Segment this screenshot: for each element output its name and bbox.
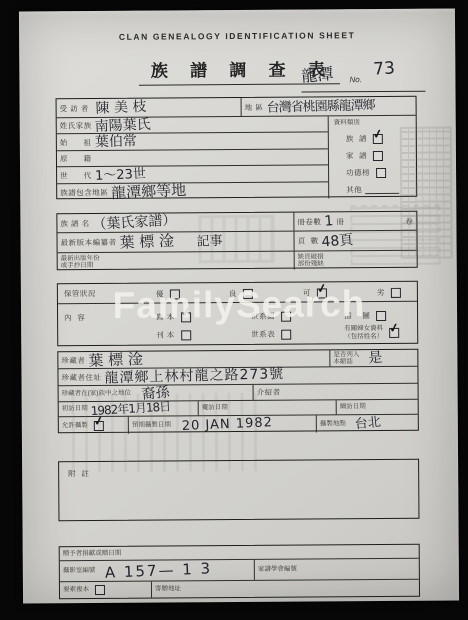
row-original-domicile: 原 籍 bbox=[57, 149, 328, 167]
contents-women-data: 有關婦女資料（包括姓名） ✓ bbox=[341, 325, 399, 340]
condition-good: 良 bbox=[226, 288, 253, 299]
owner-position-label: 珍藏者在(家)族中之地位 bbox=[59, 389, 134, 397]
owner-name-cell: 珍藏者 葉 標 淦 bbox=[58, 350, 330, 368]
row-filming: 允許攝製 ✓ 預期攝製日期 20 JAN 1982 攝製地點 台北 bbox=[59, 415, 418, 435]
pubdate-label: 最新出版年份或手抄日期 bbox=[58, 254, 103, 269]
checkbox-lineage-table bbox=[281, 329, 291, 339]
studio-number-label: 攝影室編號 bbox=[60, 567, 99, 575]
film-location-value: 台北 bbox=[354, 416, 381, 432]
category-column: 資料類別 族 譜 ✓ 家 譜 功德榜 其他 bbox=[329, 116, 417, 199]
damage-cell: 缺頁破損部份殘缺 bbox=[295, 251, 417, 270]
checkbox-family-register bbox=[373, 150, 383, 160]
row-condition: 保管狀況 優 良 可 ✓ 劣 bbox=[58, 282, 417, 305]
film-permission-cell: 允許攝製 ✓ bbox=[59, 417, 129, 434]
checkbox-manuscript: ✓ bbox=[181, 312, 191, 322]
compiler-label: 最新版本編纂者 bbox=[58, 237, 120, 248]
checkbox-good bbox=[243, 288, 253, 298]
film-location-label: 攝製地點 bbox=[317, 420, 349, 428]
unit-book-label: 冊 bbox=[333, 216, 347, 227]
category-header: 資料類別 bbox=[331, 119, 363, 127]
region-label: 地 區 bbox=[242, 101, 267, 112]
owner-address-value: 龍潭鄉上林村龍之路273號 bbox=[104, 367, 284, 385]
introducer-label: 介紹者 bbox=[254, 387, 284, 398]
generations-value: 1～23世 bbox=[94, 167, 145, 182]
checkbox-copy-request bbox=[95, 585, 105, 595]
studio-number-value: A 157— 1 3 bbox=[104, 561, 212, 580]
pages-cell: 頁 數 48頁 bbox=[294, 231, 416, 251]
society-number-cell: 家譜學會編號 bbox=[255, 559, 419, 580]
copy-request-cell: 要索複本 bbox=[60, 582, 152, 599]
expected-film-date-value: 20 JAN 1982 bbox=[182, 416, 274, 433]
serial-place-handwritten: 龍潭 bbox=[301, 66, 334, 85]
category-option-merit-board: 功德榜 bbox=[343, 167, 386, 178]
row-coverage: 族譜包含地區 龍潭鄉等地 bbox=[57, 182, 328, 200]
contents-lineage-chart: 世系圖 bbox=[248, 311, 291, 322]
checkbox-illustrations bbox=[376, 310, 386, 320]
checkbox-film-permission: ✓ bbox=[94, 420, 104, 430]
unit-volume-label: 卷 bbox=[402, 215, 416, 226]
volume-info-table: 族 譜 名 （葉氏家譜） 冊卷數 1 冊 卷 最新版本編纂者 葉 標 淦 記事 … bbox=[56, 211, 417, 271]
registry-table: 贈予者捐獻或贈日期 攝影室編號 A 157— 1 3 家譜學會編號 要索複本 寄… bbox=[59, 544, 420, 600]
category-option-genealogy: 族 譜 ✓ bbox=[343, 133, 383, 144]
original-domicile-label: 原 籍 bbox=[57, 153, 95, 164]
notes-label: 附 註 bbox=[65, 468, 92, 479]
genealogy-title-value: （葉氏家譜） bbox=[92, 213, 177, 232]
genealogy-title-cell: 族 譜 名 （葉氏家譜） bbox=[57, 213, 294, 233]
row-first-ancestor: 始 祖 葉伯常 bbox=[57, 132, 328, 151]
row-pubdate-damage: 最新出版年份或手抄日期 缺頁破損部份殘缺 bbox=[58, 251, 417, 272]
condition-label: 保管狀況 bbox=[61, 288, 99, 299]
row-compiler-pages: 最新版本編纂者 葉 標 淦 記事 頁 數 48頁 bbox=[57, 231, 416, 254]
contents-label: 內 容 bbox=[61, 312, 88, 323]
basic-info-table: 受 訪 者 陳 美 枝 地 區 台灣省桃園縣龍潭鄉 姓氏家族 南陽葉氏 始 祖 … bbox=[56, 96, 418, 200]
expected-film-date-label: 預期攝製日期 bbox=[129, 421, 174, 429]
listed-label: 是否列入本縮誌 bbox=[330, 351, 362, 366]
interviewee-cell: 受 訪 者 陳 美 枝 bbox=[57, 98, 242, 117]
listed-cell: 是否列入本縮誌 是 bbox=[330, 350, 417, 367]
donation-label: 贈予者捐獻或贈日期 bbox=[60, 550, 125, 558]
interviewee-value: 陳 美 枝 bbox=[96, 100, 147, 116]
coverage-label: 族譜包含地區 bbox=[57, 186, 111, 197]
checkbox-merit-board bbox=[376, 167, 386, 177]
damage-label: 缺頁破損部份殘缺 bbox=[295, 253, 327, 268]
genealogy-title-label: 族 譜 名 bbox=[57, 218, 92, 229]
clan-value: 南陽葉氏 bbox=[94, 117, 151, 133]
revisit-cell: 覆訪日期 bbox=[199, 400, 337, 415]
condition-fair: 可 ✓ bbox=[300, 287, 327, 298]
volume-count-value: 1 bbox=[324, 214, 334, 229]
scanned-form-page: CLAN GENEALOGY IDENTIFICATION SHEET 族 譜 … bbox=[19, 8, 459, 603]
row-contents: 內 容 寫 本 ✓ 刊 本 世系圖 世系表 插 圖 有 bbox=[58, 302, 417, 347]
sheet-title-english: CLAN GENEALOGY IDENTIFICATION SHEET bbox=[19, 29, 455, 42]
first-ancestor-value: 葉伯常 bbox=[94, 134, 136, 149]
checkbox-poor bbox=[391, 287, 401, 297]
women-data-label: 有關婦女資料（包括姓名） bbox=[341, 325, 386, 340]
contents-manuscript: 寫 本 ✓ bbox=[153, 311, 191, 322]
followup-label: 續訪日期 bbox=[337, 403, 369, 411]
region-value: 台灣省桃園縣龍潭鄉 bbox=[266, 99, 374, 115]
pages-label: 頁 數 bbox=[295, 235, 322, 246]
condition-excellent: 優 bbox=[153, 288, 180, 299]
owner-table: 珍藏者 葉 標 淦 是否列入本縮誌 是 珍藏者住址 龍潭鄉上林村龍之路273號 … bbox=[57, 349, 419, 434]
compiler-note: 記事 bbox=[196, 235, 223, 249]
listed-value: 是 bbox=[368, 351, 383, 366]
notes-table: 附 註 bbox=[58, 459, 419, 522]
row-interviewee-region: 受 訪 者 陳 美 枝 地 區 台灣省桃園縣龍潭鄉 bbox=[57, 97, 416, 119]
row-generations: 世 代 1～23世 bbox=[57, 165, 328, 184]
contents-lineage-table: 世系表 bbox=[248, 329, 291, 340]
region-cell: 地 區 台灣省桃園縣龍潭鄉 bbox=[242, 97, 416, 116]
revisit-label: 覆訪日期 bbox=[199, 404, 231, 412]
condition-poor: 劣 bbox=[374, 287, 401, 298]
mailing-address-cell: 寄贈地址 bbox=[152, 580, 419, 598]
followup-cell: 續訪日期 bbox=[337, 400, 418, 415]
first-visit-cell: 初訪日期 1982年1月18日 bbox=[59, 401, 199, 416]
volume-count-cell: 冊卷數 1 冊 卷 bbox=[294, 212, 416, 231]
checkbox-genealogy: ✓ bbox=[373, 133, 383, 143]
first-visit-label: 初訪日期 bbox=[59, 405, 91, 413]
compiler-cell: 最新版本編纂者 葉 標 淦 記事 bbox=[57, 232, 294, 253]
film-permission-label: 允許攝製 bbox=[59, 422, 91, 430]
row-clan: 姓氏家族 南陽葉氏 bbox=[57, 116, 328, 134]
society-number-label: 家譜學會編號 bbox=[255, 566, 300, 574]
row-studio-society: 攝影室編號 A 157— 1 3 家譜學會編號 bbox=[60, 559, 419, 583]
checkbox-lineage-chart bbox=[281, 311, 291, 321]
category-option-other: 其他 bbox=[343, 184, 399, 195]
volume-count-label: 冊卷數 bbox=[294, 216, 324, 227]
contents-illustrations: 插 圖 bbox=[341, 310, 386, 321]
checkbox-printed bbox=[181, 330, 191, 340]
no-label: No. bbox=[349, 75, 362, 84]
expected-film-date-cell: 預期攝製日期 20 JAN 1982 bbox=[129, 415, 317, 433]
compiler-value: 葉 標 淦 bbox=[119, 234, 174, 251]
owner-position-cell: 珍藏者在(家)族中之地位 裔孫 bbox=[59, 385, 254, 401]
row-genealogy-title: 族 譜 名 （葉氏家譜） 冊卷數 1 冊 卷 bbox=[57, 212, 416, 234]
serial-number-block: 龍潭 No. 73 bbox=[301, 65, 425, 93]
generations-label: 世 代 bbox=[57, 170, 95, 181]
owner-address-label: 珍藏者住址 bbox=[58, 371, 104, 382]
mailing-address-label: 寄贈地址 bbox=[152, 586, 184, 594]
first-ancestor-label: 始 祖 bbox=[57, 137, 95, 148]
coverage-value: 龍潭鄉等地 bbox=[111, 183, 187, 201]
contents-printed: 刊 本 bbox=[153, 329, 191, 340]
checkbox-excellent bbox=[170, 289, 180, 299]
pages-value: 48頁 bbox=[321, 233, 354, 249]
copy-request-label: 要索複本 bbox=[60, 586, 92, 594]
owner-value: 葉 標 淦 bbox=[88, 351, 143, 368]
film-location-cell: 攝製地點 台北 bbox=[317, 415, 418, 433]
condition-contents-table: 保管狀況 優 良 可 ✓ 劣 內 容 寫 本 ✓ bbox=[57, 281, 418, 347]
row-copy-mailing: 要索複本 寄贈地址 bbox=[60, 580, 419, 599]
checkbox-fair: ✓ bbox=[317, 288, 327, 298]
introducer-cell: 介紹者 bbox=[254, 384, 418, 400]
studio-number-cell: 攝影室編號 A 157— 1 3 bbox=[60, 560, 255, 581]
pubdate-cell: 最新出版年份或手抄日期 bbox=[58, 252, 295, 272]
serial-number-handwritten: 73 bbox=[373, 60, 396, 78]
category-option-family-register: 家 譜 bbox=[343, 150, 383, 161]
other-blank-line bbox=[365, 185, 399, 194]
interviewee-label: 受 訪 者 bbox=[57, 103, 92, 114]
owner-label: 珍藏者 bbox=[58, 355, 88, 366]
clan-label: 姓氏家族 bbox=[57, 120, 95, 131]
checkbox-women-data: ✓ bbox=[389, 327, 399, 337]
